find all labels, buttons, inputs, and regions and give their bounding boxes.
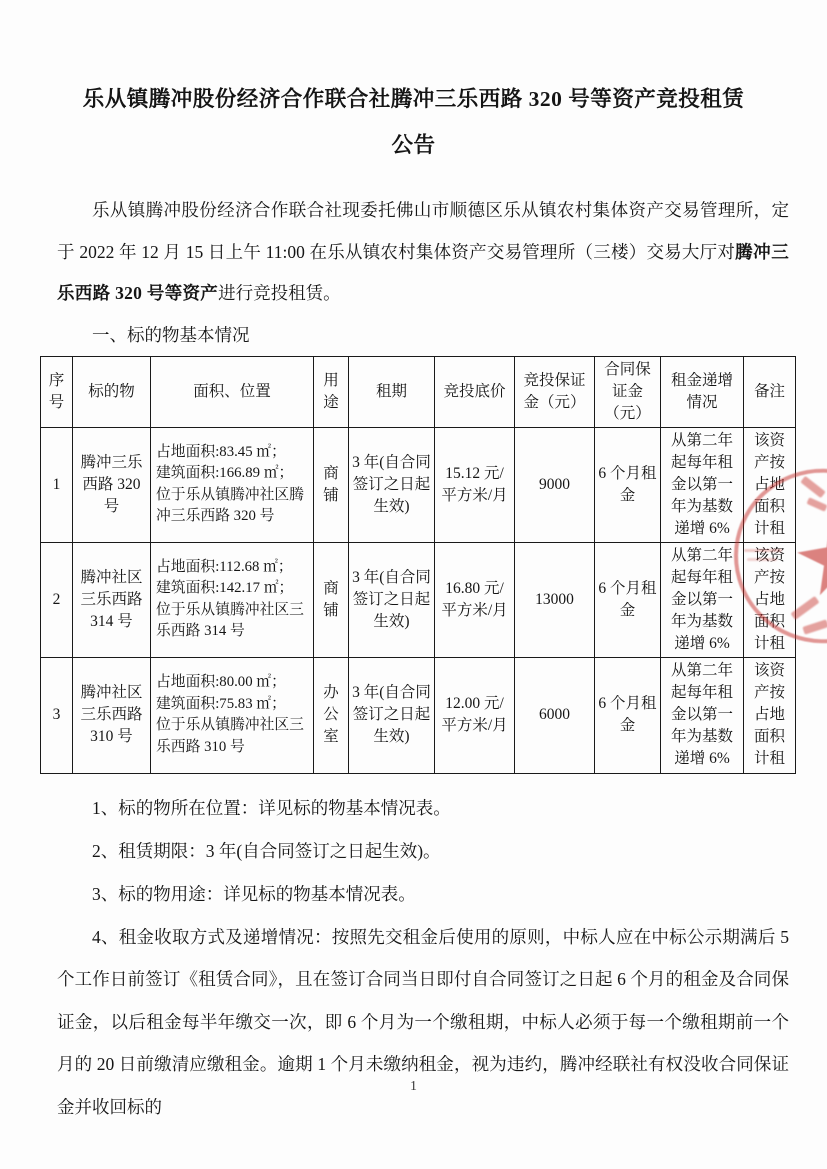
header-cell-remark: 备注 — [744, 356, 796, 427]
table-row: 2 腾冲社区三乐西路 314 号 占地面积:112.68 ㎡； 建筑面积:142… — [41, 542, 796, 657]
cell-rent-increase: 从第二年起每年租金以第一年为基数递增 6% — [661, 427, 744, 542]
page-title: 乐从镇腾冲股份经济合作联合社腾冲三乐西路 320 号等资产竞投租赁 公告 — [30, 76, 797, 168]
header-cell-term: 租期 — [349, 356, 435, 427]
cell-base-price: 15.12 元/平方米/月 — [435, 427, 515, 542]
table-header-row: 序号 标的物 面积、位置 用途 租期 竞投底价 竞投保证金（元） 合同保证金（元… — [41, 356, 796, 427]
header-cell-rent-increase: 租金递增情况 — [661, 356, 744, 427]
cell-bid-deposit: 13000 — [515, 542, 595, 657]
header-cell-asset: 标的物 — [73, 356, 151, 427]
header-cell-no: 序号 — [41, 356, 73, 427]
page-title-line2: 公告 — [30, 122, 797, 168]
cell-no: 3 — [41, 657, 73, 773]
header-cell-base-price: 竞投底价 — [435, 356, 515, 427]
area-line: 占地面积:112.68 ㎡； — [156, 557, 308, 579]
list-item-3: 3、标的物用途：详见标的物基本情况表。 — [57, 873, 789, 916]
area-line: 位于乐从镇腾冲社区三乐西路 314 号 — [156, 600, 308, 643]
cell-asset: 腾冲三乐西路 320 号 — [73, 427, 151, 542]
area-line: 建筑面积:166.89 ㎡； — [156, 463, 308, 485]
cell-remark: 该资产按占地面积计租 — [744, 427, 796, 542]
area-line: 位于乐从镇腾冲社区三乐西路 310 号 — [156, 715, 308, 758]
page-title-line1: 乐从镇腾冲股份经济合作联合社腾冲三乐西路 320 号等资产竞投租赁 — [30, 76, 797, 122]
cell-contract-deposit: 6 个月租金 — [595, 657, 661, 773]
terms-list: 1、标的物所在位置：详见标的物基本情况表。 2、租赁期限：3 年(自合同签订之日… — [57, 787, 789, 1129]
cell-rent-increase: 从第二年起每年租金以第一年为基数递增 6% — [661, 657, 744, 773]
cell-remark: 该资产按占地面积计租 — [744, 542, 796, 657]
cell-base-price: 12.00 元/平方米/月 — [435, 657, 515, 773]
seal-text-fragment — [802, 619, 827, 634]
area-line: 占地面积:80.00 ㎡； — [156, 672, 308, 694]
header-cell-area-location: 面积、位置 — [151, 356, 314, 427]
page-number: 1 — [0, 1078, 827, 1094]
cell-use: 商铺 — [314, 542, 349, 657]
cell-term: 3 年(自合同签订之日起生效) — [349, 542, 435, 657]
cell-area-location: 占地面积:112.68 ㎡； 建筑面积:142.17 ㎡； 位于乐从镇腾冲社区三… — [151, 542, 314, 657]
cell-asset: 腾冲社区三乐西路 310 号 — [73, 657, 151, 773]
intro-text-before: 乐从镇腾冲股份经济合作联合社现委托佛山市顺德区乐从镇农村集体资产交易管理所，定于… — [57, 200, 789, 262]
header-cell-contract-deposit: 合同保证金（元） — [595, 356, 661, 427]
cell-contract-deposit: 6 个月租金 — [595, 542, 661, 657]
assets-table: 序号 标的物 面积、位置 用途 租期 竞投底价 竞投保证金（元） 合同保证金（元… — [40, 356, 796, 774]
area-line: 位于乐从镇腾冲社区腾冲三乐西路 320 号 — [156, 485, 308, 528]
area-line: 建筑面积:75.83 ㎡； — [156, 694, 308, 716]
cell-bid-deposit: 6000 — [515, 657, 595, 773]
cell-base-price: 16.80 元/平方米/月 — [435, 542, 515, 657]
header-cell-use: 用途 — [314, 356, 349, 427]
cell-contract-deposit: 6 个月租金 — [595, 427, 661, 542]
cell-area-location: 占地面积:80.00 ㎡； 建筑面积:75.83 ㎡； 位于乐从镇腾冲社区三乐西… — [151, 657, 314, 773]
cell-use: 商铺 — [314, 427, 349, 542]
cell-asset: 腾冲社区三乐西路 314 号 — [73, 542, 151, 657]
cell-area-location: 占地面积:83.45 ㎡； 建筑面积:166.89 ㎡； 位于乐从镇腾冲社区腾冲… — [151, 427, 314, 542]
cell-term: 3 年(自合同签订之日起生效) — [349, 657, 435, 773]
area-line: 建筑面积:142.17 ㎡； — [156, 578, 308, 600]
table-row: 1 腾冲三乐西路 320 号 占地面积:83.45 ㎡； 建筑面积:166.89… — [41, 427, 796, 542]
list-item-2: 2、租赁期限：3 年(自合同签订之日起生效)。 — [57, 830, 789, 873]
table-row: 3 腾冲社区三乐西路 310 号 占地面积:80.00 ㎡； 建筑面积:75.8… — [41, 657, 796, 773]
cell-no: 2 — [41, 542, 73, 657]
section-heading-basic-info: 一、标的物基本情况 — [57, 317, 789, 353]
seal-text-fragment — [806, 497, 827, 512]
cell-no: 1 — [41, 427, 73, 542]
seal-text-fragment — [800, 476, 825, 498]
intro-text-after: 进行竞投租赁。 — [218, 283, 341, 303]
cell-term: 3 年(自合同签订之日起生效) — [349, 427, 435, 542]
cell-use: 办公室 — [314, 657, 349, 773]
list-item-4: 4、租金收取方式及递增情况：按照先交租金后使用的原则，中标人应在中标公示期满后 … — [57, 916, 789, 1129]
intro-paragraph: 乐从镇腾冲股份经济合作联合社现委托佛山市顺德区乐从镇农村集体资产交易管理所，定于… — [57, 190, 789, 315]
cell-bid-deposit: 9000 — [515, 427, 595, 542]
cell-remark: 该资产按占地面积计租 — [744, 657, 796, 773]
cell-rent-increase: 从第二年起每年租金以第一年为基数递增 6% — [661, 542, 744, 657]
header-cell-bid-deposit: 竞投保证金（元） — [515, 356, 595, 427]
list-item-1: 1、标的物所在位置：详见标的物基本情况表。 — [57, 787, 789, 830]
area-line: 占地面积:83.45 ㎡； — [156, 442, 308, 464]
